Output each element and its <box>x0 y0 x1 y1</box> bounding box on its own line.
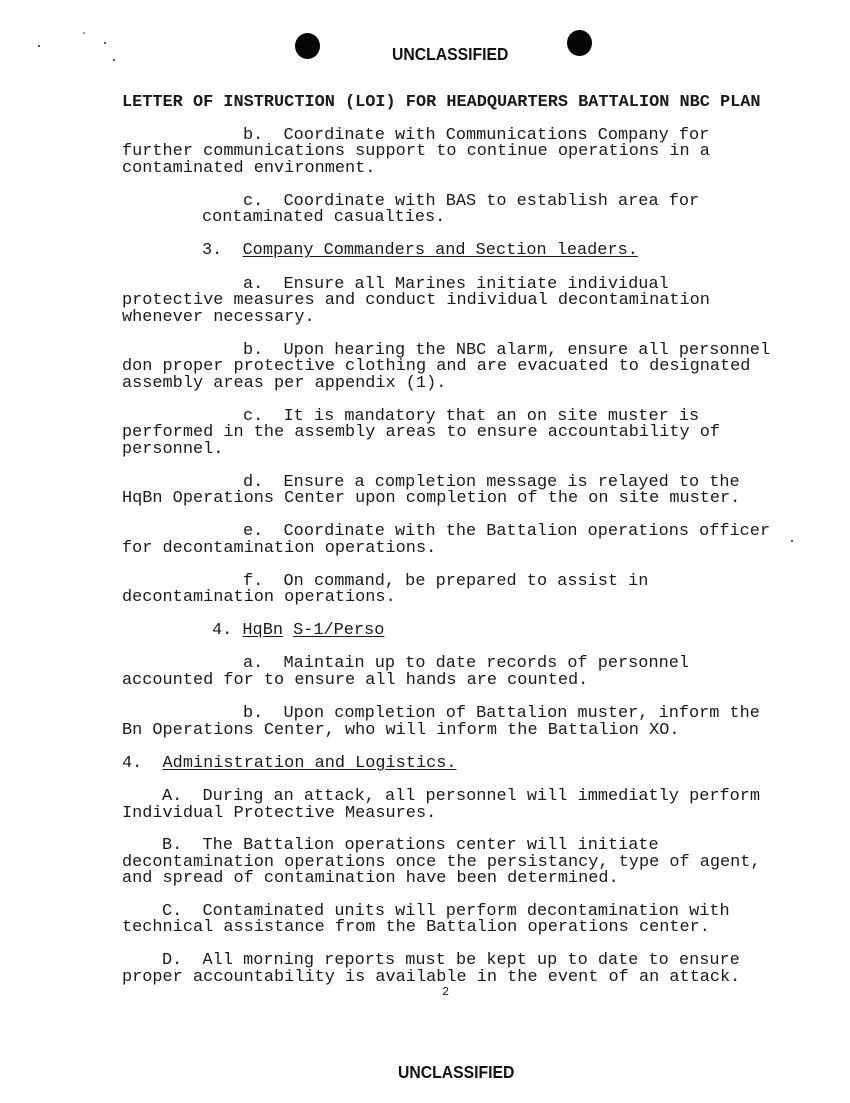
para-C-line2: technical assistance from the Battalion … <box>122 919 710 936</box>
para-3c-line2: performed in the assembly areas to ensur… <box>122 424 720 441</box>
binder-hole-left <box>295 33 320 59</box>
section-title-part1: HqBn <box>242 621 283 640</box>
para-c-line2: contaminated casualties. <box>202 209 445 226</box>
para-3d-line2: HqBn Operations Center upon completion o… <box>122 490 740 507</box>
para-4b-line2: Bn Operations Center, who will inform th… <box>122 722 679 739</box>
para-D-line1: D. All morning reports must be kept up t… <box>162 952 740 969</box>
scan-speck <box>791 540 793 542</box>
para-3e-line1: e. Coordinate with the Battalion operati… <box>243 523 770 540</box>
para-B-line3: and spread of contamination have been de… <box>122 870 619 887</box>
para-A-line1: A. During an attack, all personnel will … <box>162 788 760 805</box>
section-title-part2: S-1/Perso <box>293 621 384 640</box>
binder-hole-right <box>567 30 592 56</box>
para-b-line3: contaminated environment. <box>122 160 375 177</box>
document-title: LETTER OF INSTRUCTION (LOI) FOR HEADQUAR… <box>122 94 761 111</box>
scan-speck <box>38 45 40 47</box>
para-3b-line3: assembly areas per appendix (1). <box>122 375 446 392</box>
para-B-line1: B. The Battalion operations center will … <box>162 837 659 854</box>
para-4a-line1: a. Maintain up to date records of person… <box>243 655 689 672</box>
section-4-hqbn-heading: 4. HqBn S-1/Perso <box>212 622 384 639</box>
para-A-line2: Individual Protective Measures. <box>122 805 436 822</box>
para-3e-line2: for decontamination operations. <box>122 540 436 557</box>
section-number: 4. <box>122 754 163 773</box>
footer-classification: UNCLASSIFIED <box>398 1062 514 1083</box>
section-title: Administration and Logistics. <box>163 754 457 773</box>
para-b-line2: further communications support to contin… <box>122 143 710 160</box>
para-3f-line2: decontamination operations. <box>122 589 396 606</box>
para-3b-line2: don proper protective clothing and are e… <box>122 358 750 375</box>
section-3-heading: 3. Company Commanders and Section leader… <box>202 242 638 259</box>
document-page: UNCLASSIFIED LETTER OF INSTRUCTION (LOI)… <box>0 0 850 1103</box>
section-number: 3. <box>202 241 243 260</box>
section-title: Company Commanders and Section leaders. <box>243 241 638 260</box>
para-4a-line2: accounted for to ensure all hands are co… <box>122 672 588 689</box>
section-4-admin-heading: 4. Administration and Logistics. <box>122 755 457 772</box>
header-classification: UNCLASSIFIED <box>392 44 508 65</box>
para-3a-line3: whenever necessary. <box>122 309 315 326</box>
scan-speck <box>83 32 85 34</box>
scan-speck <box>113 59 115 61</box>
scan-speck <box>104 42 106 44</box>
page-number: 2 <box>442 985 449 999</box>
para-D-line2: proper accountability is available in th… <box>122 969 740 986</box>
para-3a-line2: protective measures and conduct individu… <box>122 292 710 309</box>
para-3c-line3: personnel. <box>122 441 223 458</box>
section-number: 4. <box>212 621 242 640</box>
para-4b-line1: b. Upon completion of Battalion muster, … <box>243 705 760 722</box>
